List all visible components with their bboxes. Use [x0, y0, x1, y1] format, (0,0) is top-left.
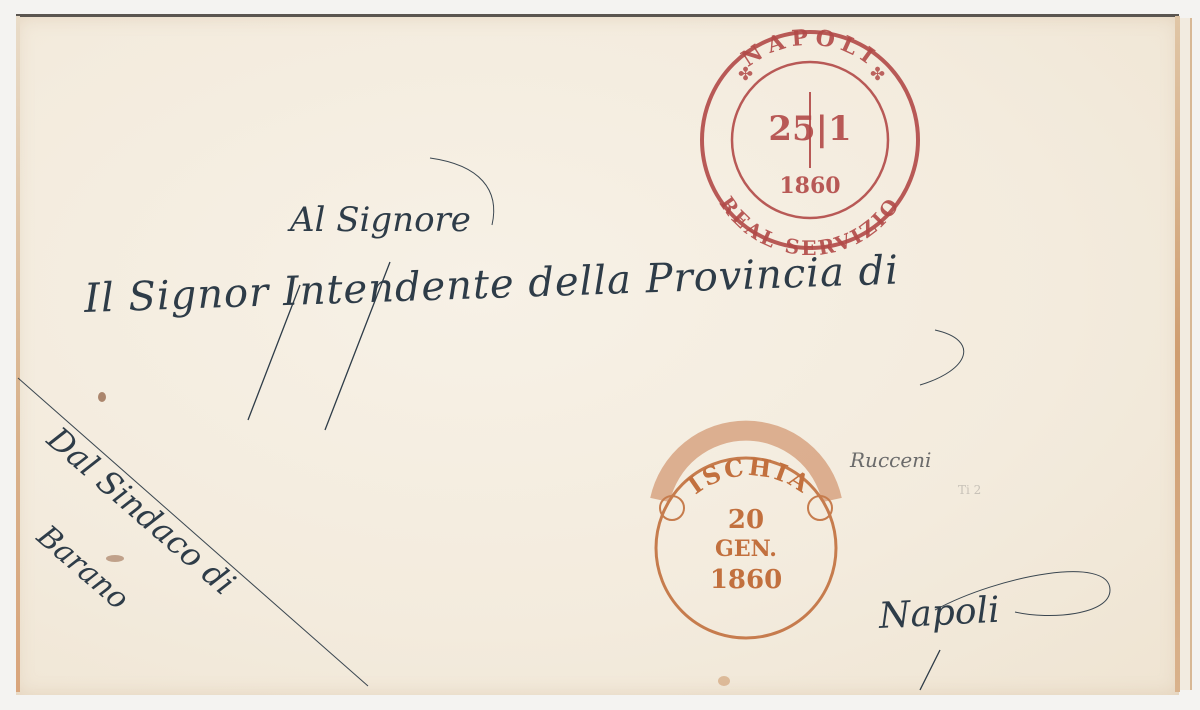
napoli-date: 25|1: [768, 109, 851, 149]
markings-layer: NAPOLI REAL SERVIZIO 25|1 1860 ✤ ✤ ISCHI…: [0, 0, 1200, 710]
napoli-top-text: NAPOLI: [737, 24, 884, 72]
svg-text:✤: ✤: [870, 64, 885, 85]
ischia-year: 1860: [710, 565, 782, 595]
svg-text:✤: ✤: [738, 64, 753, 85]
ischia-day: 20: [728, 505, 764, 535]
pencil-note: Rucceni: [850, 448, 931, 472]
svg-text:NAPOLI: NAPOLI: [737, 24, 884, 72]
napoli-year: 1860: [779, 173, 840, 199]
address-line-1: Al Signore: [290, 200, 471, 240]
ischia-month: GEN.: [715, 536, 777, 562]
address-city: Napoli: [878, 590, 1001, 637]
pencil-faint-note: Ti 2: [958, 483, 981, 497]
